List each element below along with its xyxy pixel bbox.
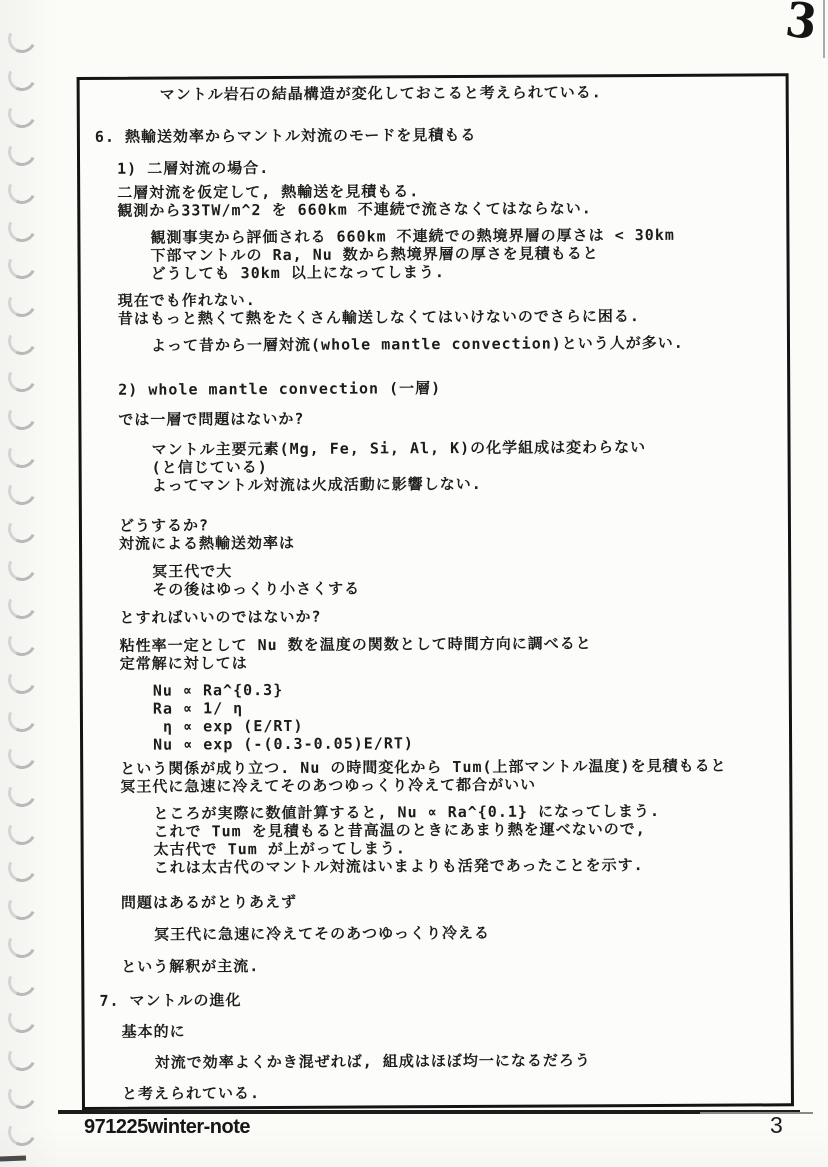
note-line: とすればいいのではないか? <box>119 605 782 626</box>
note-block: とすればいいのではないか? <box>82 605 782 627</box>
note-block: よって昔から一層対流(whole mantle convection)という人が… <box>81 333 781 355</box>
binding-hole-icon <box>4 97 39 132</box>
binding-hole-icon <box>4 775 39 810</box>
binding-hole-icon <box>4 738 39 773</box>
note-block: と考えられている. <box>85 1081 785 1103</box>
note-line: 冥王代に急速に冷えてそのあつゆっくり冷えて都合がいい <box>120 774 783 795</box>
note-block: 現在でも作れない.昔はもっと熱くて熱をたくさん輸送しなくてはいけないのでさらに困… <box>81 288 781 328</box>
note-block: 二層対流を仮定して, 熱輸送を見積もる.観測から33TW/m^2 を 660km… <box>80 180 780 220</box>
note-block: 6. 熱輸送効率からマントル対流のモードを見積もる <box>80 124 780 146</box>
note-block: マントル岩石の結晶構造が変化しておこると考えられている. <box>80 82 780 104</box>
binding-hole-icon <box>4 248 39 283</box>
note-line: では一層で問題はないか? <box>118 407 781 428</box>
note-line: よってマントル対流は火成活動に影響しない. <box>152 473 782 494</box>
binding-hole-icon <box>4 1002 39 1037</box>
binding-hole-icon <box>4 21 39 56</box>
note-line: 対流で効率よくかき混ぜれば, 組成はほぼ均一になるだろう <box>155 1050 785 1071</box>
handwritten-page-number: 3 <box>782 0 828 52</box>
note-block: ところが実際に数値計算すると, Nu ∝ Ra^{0.1} になってしまう.これ… <box>83 801 783 877</box>
note-line: 問題はあるがとりあえず <box>121 890 784 911</box>
note-line: Nu ∝ exp (-(0.3-0.05)E/RT) <box>153 732 783 753</box>
note-block: 基本的に <box>85 1019 785 1041</box>
note-block: 7. マントルの進化 <box>84 988 784 1010</box>
binding-hole-icon <box>4 851 39 886</box>
binding-hole-icon <box>4 59 39 94</box>
note-block: 冥王代に急速に冷えてそのあつゆっくり冷える <box>84 922 784 944</box>
binding-hole-icon <box>4 172 39 207</box>
binding-hole-icon <box>4 474 39 509</box>
note-line: よって昔から一層対流(whole mantle convection)という人が… <box>151 333 781 354</box>
binding-hole-icon <box>4 888 39 923</box>
note-line: マントル岩石の結晶構造が変化しておこると考えられている. <box>160 82 780 103</box>
note-block: 問題はあるがとりあえず <box>84 890 784 912</box>
binding-hole-icon <box>4 700 39 735</box>
note-content: マントル岩石の結晶構造が変化しておこると考えられている.6. 熱輸送効率からマン… <box>80 76 785 1103</box>
binding-hole-icon <box>4 511 39 546</box>
note-line: その後はゆっくり小さくする <box>152 577 782 598</box>
binding-hole-icon <box>4 398 39 433</box>
scanned-notebook-page: { "document": { "handwritten_page_number… <box>0 0 828 1167</box>
note-line: 冥王代に急速に冷えてそのあつゆっくり冷える <box>154 922 784 943</box>
binding-hole-icon <box>4 436 39 471</box>
page-edge-artifact <box>823 0 825 58</box>
note-line: 7. マントルの進化 <box>99 988 784 1010</box>
binding-hole-icon <box>4 285 39 320</box>
note-line: 6. 熱輸送効率からマントル対流のモードを見積もる <box>95 124 780 146</box>
binding-hole-icon <box>4 1115 39 1150</box>
note-block: では一層で問題はないか? <box>81 407 781 429</box>
note-block: という解釈が主流. <box>84 954 784 976</box>
note-block: Nu ∝ Ra^{0.3}Ra ∝ 1/ η η ∝ exp (E/RT)Nu … <box>83 678 783 754</box>
binding-hole-icon <box>4 587 39 622</box>
footer-divider <box>58 1110 800 1114</box>
note-block: 2) whole mantle convection (一層) <box>81 377 781 399</box>
note-line: 観測から33TW/m^2 を 660km 不連続で流さなくてはならない. <box>117 198 780 219</box>
note-line: 定常解に対しては <box>120 651 783 672</box>
binding-hole-icon <box>4 926 39 961</box>
note-block: 粘性率一定として Nu 数を温度の関数として時間方向に調べると定常解に対しては <box>83 633 783 673</box>
note-line: これは太古代のマントル対流はいまよりも活発であったことを示す. <box>154 855 784 876</box>
binding-hole-icon <box>4 549 39 584</box>
note-line: どうしても 30km 以上になってしまう. <box>151 261 781 282</box>
footer-note-title: 971225winter-note <box>84 1116 250 1139</box>
binding-hole-icon <box>4 323 39 358</box>
footer-page-number: 3 <box>770 1112 783 1139</box>
note-line: 2) whole mantle convection (一層) <box>118 377 781 398</box>
note-block: 対流で効率よくかき混ぜれば, 組成はほぼ均一になるだろう <box>85 1050 785 1072</box>
note-line: 対流による熱輸送効率は <box>119 531 782 552</box>
note-line: と考えられている. <box>122 1081 785 1102</box>
binding-hole-icon <box>4 813 39 848</box>
binding-hole-icon <box>4 625 39 660</box>
note-line: 1) 二層対流の場合. <box>117 156 780 177</box>
note-block: 1) 二層対流の場合. <box>80 156 780 178</box>
note-line: という解釈が主流. <box>121 954 784 975</box>
binding-hole-icon <box>4 361 39 396</box>
note-line: 昔はもっと熱くて熱をたくさん輸送しなくてはいけないのでさらに困る. <box>118 306 781 327</box>
binding-hole-icon <box>4 1039 39 1074</box>
note-block: どうするか?対流による熱輸送効率は <box>82 513 782 553</box>
note-block: という関係が成り立つ. Nu の時間変化から Tum(上部マントル温度)を見積も… <box>83 756 783 796</box>
footer-divider-tail <box>700 1112 813 1114</box>
note-line: という関係が成り立つ. Nu の時間変化から Tum(上部マントル温度)を見積も… <box>120 756 783 777</box>
note-block: 観測事実から評価される 660km 不連続での熱境界層の厚さは < 30km下部… <box>80 225 780 283</box>
binding-hole-icon <box>4 210 39 245</box>
binding-hole-icon <box>4 1077 39 1112</box>
binding-hole-icon <box>4 964 39 999</box>
binding-hole-icon <box>4 134 39 169</box>
note-block: マントル主要元素(Mg, Fe, Si, Al, K)の化学組成は変わらない(と… <box>81 437 781 495</box>
note-block: 冥王代で大その後はゆっくり小さくする <box>82 559 782 599</box>
note-line: 基本的に <box>122 1019 785 1040</box>
note-content-box: マントル岩石の結晶構造が変化しておこると考えられている.6. 熱輸送効率からマン… <box>77 73 794 1110</box>
scan-corner-artifact <box>0 1156 26 1162</box>
binding-hole-icon <box>4 662 39 697</box>
binding-holes <box>6 0 40 1167</box>
